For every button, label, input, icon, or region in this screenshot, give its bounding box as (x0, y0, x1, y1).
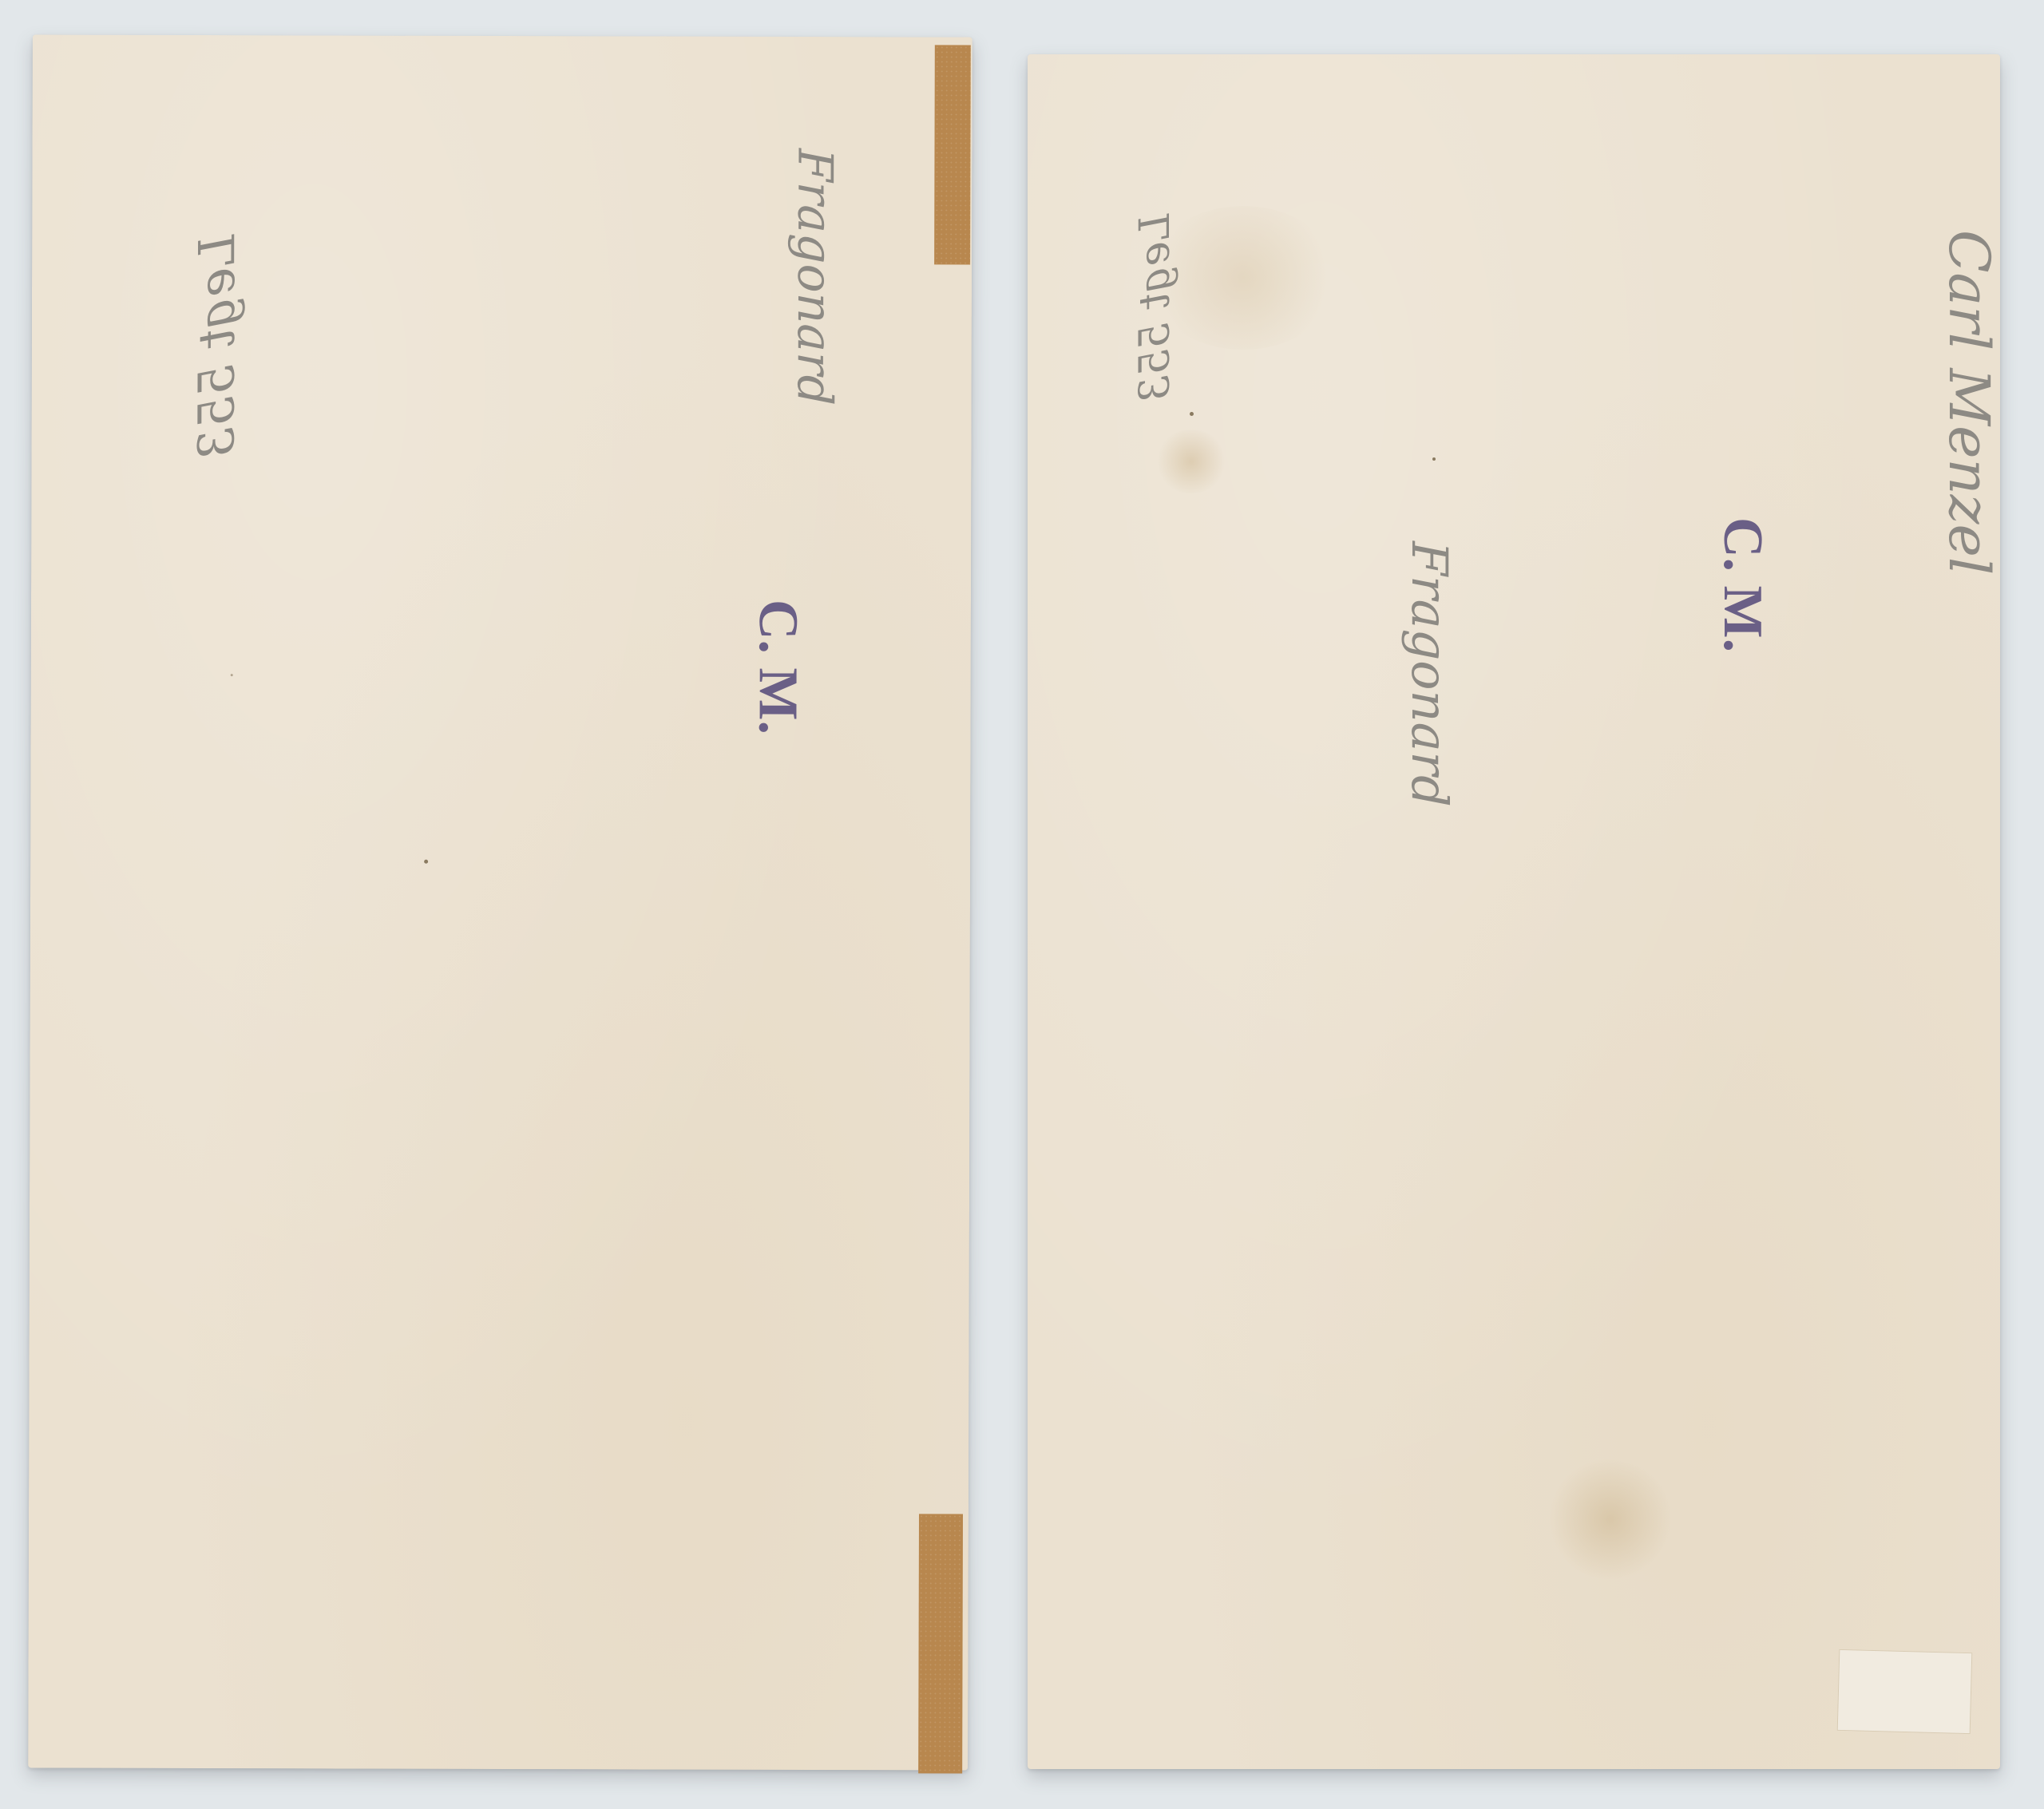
name-inscription: Carl Menzel (1936, 230, 2002, 575)
paper-speck (424, 860, 428, 864)
artist-signature: Fragonard (786, 148, 843, 406)
right-sheet: Legt 553 Fragonard C. M. Carl Menzel (1028, 54, 2000, 1769)
foxing-stain (1155, 429, 1227, 493)
artist-signature: Fragonard (1400, 541, 1459, 807)
paper-label-patch (1837, 1649, 1973, 1734)
foxing-stain (1147, 206, 1339, 350)
paper-speck (1190, 412, 1194, 416)
left-sheet: Legt 553 Fragonard C. M. (28, 34, 972, 1770)
collector-stamp: C. M. (746, 600, 810, 734)
bottom-tape-strip (918, 1514, 963, 1773)
top-tape-strip (934, 45, 971, 264)
inventory-inscription: Legt 553 (187, 235, 246, 459)
foxing-stain (1547, 1459, 1674, 1579)
paper-speck (231, 674, 233, 676)
paper-speck (1432, 457, 1436, 461)
collector-stamp: C. M. (1710, 517, 1774, 652)
